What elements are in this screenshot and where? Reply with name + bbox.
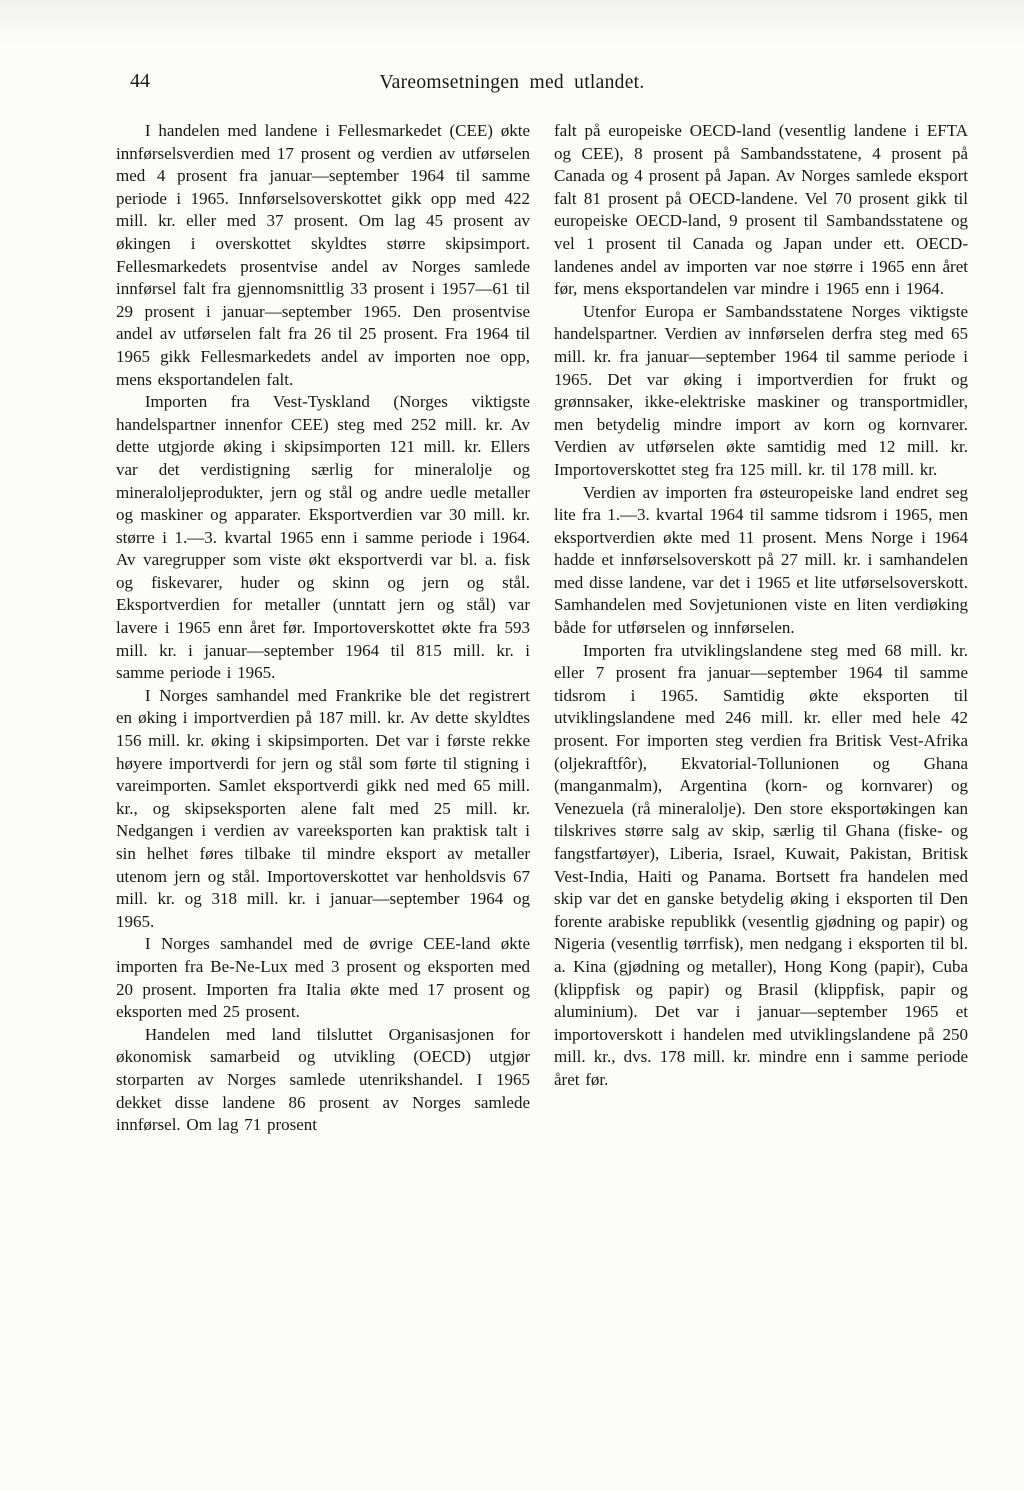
paragraph: Handelen med land tilsluttet Organisasjo…	[116, 1024, 530, 1137]
paragraph: Importen fra utviklingslandene steg med …	[554, 640, 968, 1092]
paragraph-continuation: falt på europeiske OECD-land (vesentlig …	[554, 120, 968, 301]
page-number: 44	[130, 70, 150, 93]
document-page: 44 Vareomsetningen med utlandet. I hande…	[0, 0, 1024, 1490]
paragraph: I handelen med landene i Fellesmarkedet …	[116, 120, 530, 391]
page-header: 44 Vareomsetningen med utlandet.	[0, 0, 1024, 100]
paragraph: Utenfor Europa er Sambandsstatene Norges…	[554, 301, 968, 482]
paragraph: Verdien av importen fra østeuropeiske la…	[554, 482, 968, 640]
paragraph: I Norges samhandel med de øvrige CEE-lan…	[116, 933, 530, 1023]
paragraph: I Norges samhandel med Frankrike ble det…	[116, 685, 530, 934]
text-columns: I handelen med landene i Fellesmarkedet …	[0, 120, 1024, 1137]
paragraph: Importen fra Vest-Tyskland (Norges vikti…	[116, 391, 530, 685]
page-title: Vareomsetningen med utlandet.	[0, 72, 1024, 94]
left-column: I handelen med landene i Fellesmarkedet …	[116, 120, 530, 1137]
right-column: falt på europeiske OECD-land (vesentlig …	[554, 120, 968, 1137]
